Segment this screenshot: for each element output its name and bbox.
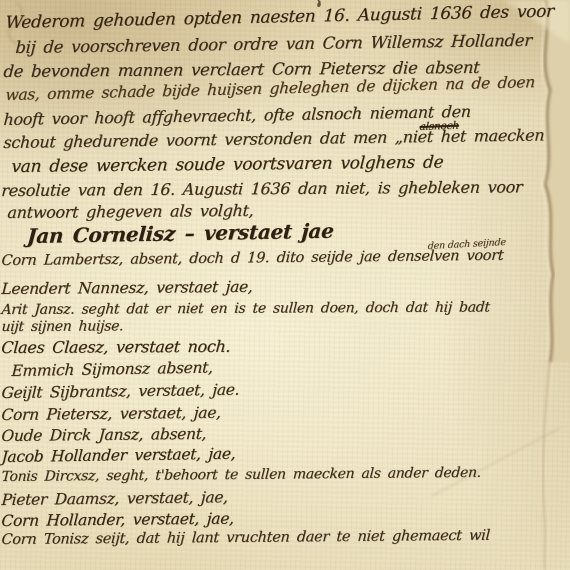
manuscript-line-17: Geijlt Sijbrantsz, verstaet, jae. <box>1 381 240 402</box>
manuscript-line-18: Corn Pietersz, verstaet, jae, <box>1 404 221 424</box>
manuscript-line-12: Leendert Nannesz, verstaet jae, <box>1 278 253 298</box>
manuscript-line-15: Claes Claesz, verstaet noch. <box>1 337 231 357</box>
manuscript-page: Wederom gehouden optden naesten 16. Augu… <box>0 0 570 570</box>
manuscript-line-19: Oude Dirck Jansz, absent, <box>1 425 207 445</box>
manuscript-line-9: antwoort ghegeven als volght, <box>7 201 254 222</box>
handwriting-block: Wederom gehouden optden naesten 16. Augu… <box>0 0 570 570</box>
manuscript-line-5: hooft voor hooft affghevraecht, ofte als… <box>3 102 471 129</box>
manuscript-line-2: bij de voorschreven door ordre van Corn … <box>15 31 532 57</box>
manuscript-line-8: resolutie van den 16. Augusti 1636 dan n… <box>1 177 523 200</box>
manuscript-line-13: Arit Jansz. seght dat er niet en is te s… <box>1 299 490 318</box>
manuscript-line-21: Tonis Dircxsz, seght, t'behoort te sulle… <box>1 465 481 485</box>
manuscript-line-24: Corn Tonisz seijt, dat hij lant vruchten… <box>1 528 490 548</box>
interlinear-insertion-struck: alsnoch <box>419 120 459 133</box>
manuscript-line-1: Wederom gehouden optden naesten 16. Augu… <box>5 2 554 34</box>
manuscript-line-23: Corn Hollander, verstaet, jae, <box>1 510 234 530</box>
manuscript-line-22: Pieter Daamsz, verstaet, jae, <box>1 488 228 509</box>
manuscript-line-14: uijt sijnen huijse. <box>1 318 124 335</box>
manuscript-line-7: van dese wercken soude voortsvaren volgh… <box>11 152 444 177</box>
manuscript-line-16: Emmich Sijmonsz absent, <box>11 358 213 380</box>
manuscript-line-6: schout ghedurende voornt verstonden dat … <box>3 125 545 152</box>
manuscript-line-20: Jacob Hollander verstaet, jae, <box>1 445 236 466</box>
manuscript-line-10: Jan Cornelisz – verstaet jae <box>26 219 334 248</box>
